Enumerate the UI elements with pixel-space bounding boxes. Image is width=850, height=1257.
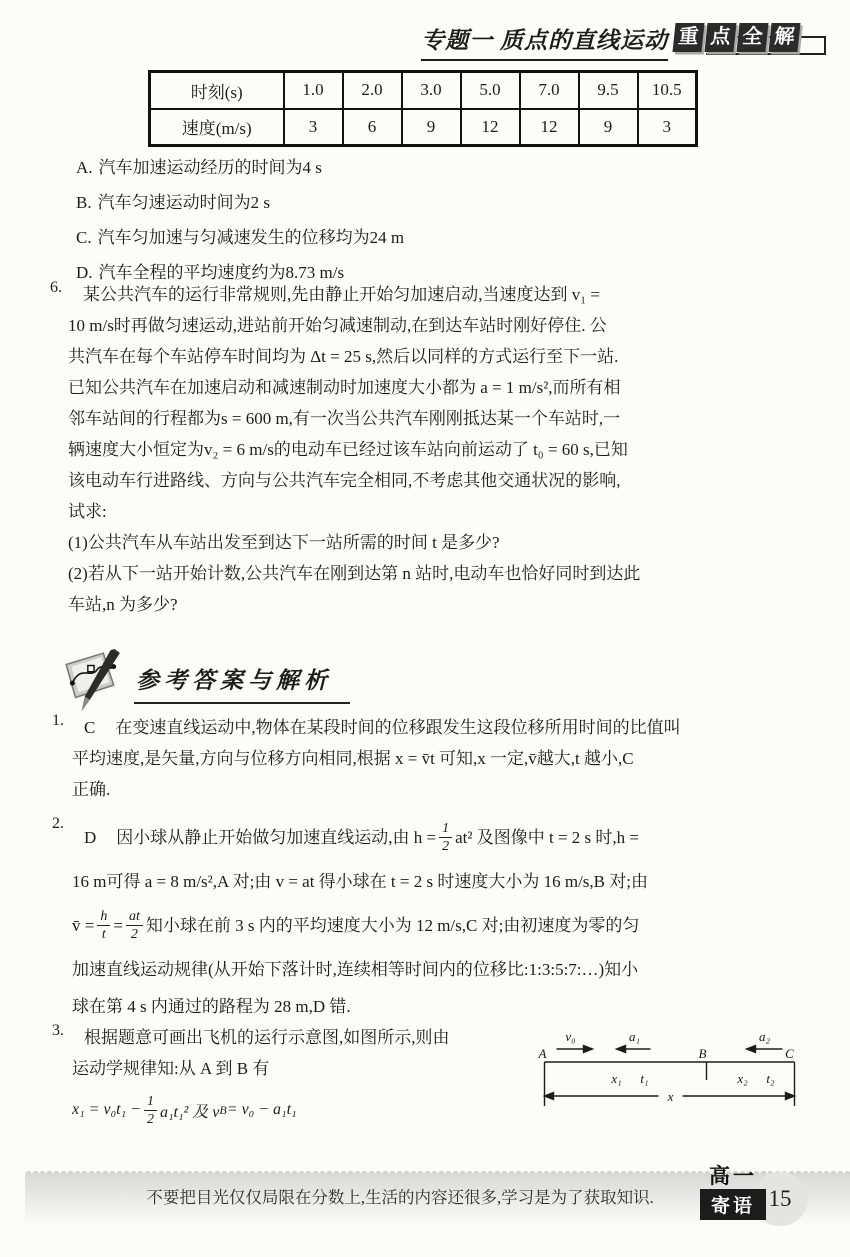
table-cell: 3 xyxy=(638,109,697,146)
pen-graph-icon xyxy=(62,648,124,712)
diagram-label-t2: t₂ xyxy=(766,1071,775,1086)
diagram-label-x: x xyxy=(667,1089,674,1104)
question-line: 共汽车在每个车站停车时间均为 Δt = 25 s,然后以同样的方式运行至下一站. xyxy=(68,341,808,372)
table-row-label: 时刻(s) xyxy=(150,72,284,109)
fraction: 12 xyxy=(144,1093,157,1128)
answer-line: v̄ = ht = at2 知小球在前 3 s 内的平均速度大小为 12 m/s… xyxy=(72,903,817,947)
diagram-label-B: B xyxy=(699,1046,707,1061)
answer-text: at² 及图像中 t = 2 s 时,h = xyxy=(455,822,639,853)
answer-letter: D xyxy=(84,822,96,853)
table-row: 速度(m/s) 3 6 9 12 12 9 3 xyxy=(150,109,697,146)
answer-2: 2. D 因小球从静止开始做匀加速直线运动,由 h = 12 at² 及图像中 … xyxy=(72,815,817,1022)
table-cell: 10.5 xyxy=(638,72,697,109)
question-line: 车站,n 为多少? xyxy=(68,589,808,620)
answer-number: 1. xyxy=(52,712,64,730)
table-cell: 9 xyxy=(579,109,638,146)
badge-char: 解 xyxy=(768,23,800,52)
answer-line: 球在第 4 s 内通过的路程为 28 m,D 错. xyxy=(72,991,817,1022)
fraction: at2 xyxy=(126,908,143,943)
question-subpart-2: (2)若从下一站开始计数,公共汽车在刚到达第 n 站时,电动车也恰好同时到达此 xyxy=(68,558,808,589)
textbook-page: { "header": { "title": "专题一 质点的直线运动", "b… xyxy=(0,0,850,1257)
badge-char: 重 xyxy=(672,23,704,52)
highlight-badge: 重 点 全 解 xyxy=(674,23,802,52)
diagram-label-a2: a₂ xyxy=(759,1029,771,1044)
badge-char: 全 xyxy=(736,23,768,52)
question-line: 某公共汽车的运行非常规则,先由静止开始匀加速启动,当速度达到 v₁ = xyxy=(68,279,808,310)
diagram-label-x1: x₁ xyxy=(610,1071,621,1086)
answer-formula: x₁ = v₀t₁ − 12 a₁t₁² 及 vB = v₀ − a₁t₁ xyxy=(72,1090,525,1130)
velocity-time-table: 时刻(s) 1.0 2.0 3.0 5.0 7.0 9.5 10.5 速度(m/… xyxy=(148,70,698,147)
question-number: 6. xyxy=(50,279,62,297)
question-line: 邻车站间的行程都为s = 600 m,有一次当公共汽车刚刚抵达某一个车站时,一 xyxy=(68,403,808,434)
answer-text: v̄ = xyxy=(72,910,94,941)
answers-section-title: 参考答案与解析 xyxy=(134,662,350,704)
table-cell: 12 xyxy=(461,109,520,146)
grade-badge: 高一 寄语 xyxy=(700,1163,766,1220)
table-cell: 1.0 xyxy=(284,72,343,109)
answers-section-header: 参考答案与解析 xyxy=(62,648,350,712)
answer-text: 在变速直线运动中,物体在某段时间的位移跟发生这段位移所用时间的比值叫 xyxy=(115,718,680,737)
question-subpart-1: (1)公共汽车从车站出发至到达下一站所需的时间 t 是多少? xyxy=(68,527,808,558)
answer-line: 平均速度,是矢量,方向与位移方向相同,根据 x = v̄t 可知,x 一定,v̄… xyxy=(72,743,817,774)
answer-line: 16 m可得 a = 8 m/s²,A 对;由 v = at 得小球在 t = … xyxy=(72,859,817,903)
question-line: 已知公共汽车在加速启动和减速制动时加速度大小都为 a = 1 m/s²,而所有相 xyxy=(68,372,808,403)
motion-diagram: A B C v₀ a₁ a₂ x₁ t₁ x₂ t₂ x xyxy=(535,1028,803,1112)
question-6: 6. 某公共汽车的运行非常规则,先由静止开始匀加速启动,当速度达到 v₁ = 1… xyxy=(68,279,808,620)
table-cell: 7.0 xyxy=(520,72,579,109)
grade-label: 高一 xyxy=(700,1163,766,1189)
option-b: B.汽车匀速运动时间为2 s xyxy=(76,185,404,220)
fraction: ht xyxy=(97,908,110,943)
option-label: B. xyxy=(76,193,92,212)
table-cell: 3 xyxy=(284,109,343,146)
formula-text: x₁ = v₀t₁ − xyxy=(72,1101,141,1119)
table-cell: 9.5 xyxy=(579,72,638,109)
diagram-label-A: A xyxy=(538,1046,547,1061)
table-cell: 3.0 xyxy=(402,72,461,109)
question-line: 辆速度大小恒定为v₂ = 6 m/s的电动车已经过该车站向前运动了 t₀ = 6… xyxy=(68,434,808,465)
formula-subscript: B xyxy=(219,1103,226,1118)
formula-text: a₁t₁² 及 v xyxy=(160,1099,219,1122)
option-text: 汽车匀加速与匀减速发生的位移均为24 m xyxy=(98,228,404,247)
table-row: 时刻(s) 1.0 2.0 3.0 5.0 7.0 9.5 10.5 xyxy=(150,72,697,109)
choice-options: A.汽车加速运动经历的时间为4 s B.汽车匀速运动时间为2 s C.汽车匀加速… xyxy=(76,150,404,290)
footer-quote: 不要把目光仅仅局限在分数上,生活的内容还很多,学习是为了获取知识. xyxy=(60,1184,740,1208)
question-line: 试求: xyxy=(68,496,808,527)
answer-number: 3. xyxy=(52,1022,64,1040)
answer-number: 2. xyxy=(52,815,64,833)
table-cell: 9 xyxy=(402,109,461,146)
option-text: 汽车加速运动经历的时间为4 s xyxy=(99,158,322,177)
fraction: 12 xyxy=(439,820,452,855)
table-cell: 2.0 xyxy=(343,72,402,109)
table-cell: 6 xyxy=(343,109,402,146)
answer-line: 正确. xyxy=(72,774,817,805)
diagram-label-C: C xyxy=(785,1046,794,1061)
option-text: 汽车匀速运动时间为2 s xyxy=(98,193,270,212)
option-label: A. xyxy=(76,158,93,177)
answer-line: C在变速直线运动中,物体在某段时间的位移跟发生这段位移所用时间的比值叫 xyxy=(72,712,817,743)
answer-letter: C xyxy=(84,712,95,743)
answer-text: 因小球从静止开始做匀加速直线运动,由 h = xyxy=(116,822,436,853)
answer-3: 3. A B C v₀ a₁ a₂ x₁ t₁ x₂ t₂ x 根据题意可画出飞… xyxy=(72,1022,817,1130)
table-cell: 12 xyxy=(520,109,579,146)
question-line: 该电动车行进路线、方向与公共汽车完全相同,不考虑其他交通状况的影响, xyxy=(68,465,808,496)
grade-badge-bottom: 寄语 xyxy=(700,1189,766,1220)
answer-text: = xyxy=(113,910,123,941)
table-row-label: 速度(m/s) xyxy=(150,109,284,146)
answer-1: 1. C在变速直线运动中,物体在某段时间的位移跟发生这段位移所用时间的比值叫 平… xyxy=(72,712,817,805)
answer-line: D 因小球从静止开始做匀加速直线运动,由 h = 12 at² 及图像中 t =… xyxy=(72,815,817,859)
answer-text: 知小球在前 3 s 内的平均速度大小为 12 m/s,C 对;由初速度为零的匀 xyxy=(146,910,640,941)
option-c: C.汽车匀加速与匀减速发生的位移均为24 m xyxy=(76,220,404,255)
chapter-title: 专题一 质点的直线运动 xyxy=(421,22,668,61)
diagram-label-v0: v₀ xyxy=(565,1029,575,1044)
formula-text: = v₀ − a₁t₁ xyxy=(227,1101,297,1119)
diagram-label-x2: x₂ xyxy=(736,1071,748,1086)
question-line: 10 m/s时再做匀速运动,进站前开始匀减速制动,在到达车站时刚好停住. 公 xyxy=(68,310,808,341)
table-cell: 5.0 xyxy=(461,72,520,109)
option-a: A.汽车加速运动经历的时间为4 s xyxy=(76,150,404,185)
diagram-label-a1: a₁ xyxy=(629,1029,640,1044)
badge-char: 点 xyxy=(704,23,736,52)
answer-line: 加速直线运动规律(从开始下落计时,连续相等时间内的位移比:1:3:5:7:…)知… xyxy=(72,947,817,991)
page-header: 专题一 质点的直线运动 重 点 全 解 xyxy=(0,22,802,61)
option-label: C. xyxy=(76,228,92,247)
diagram-label-t1: t₁ xyxy=(640,1071,648,1086)
